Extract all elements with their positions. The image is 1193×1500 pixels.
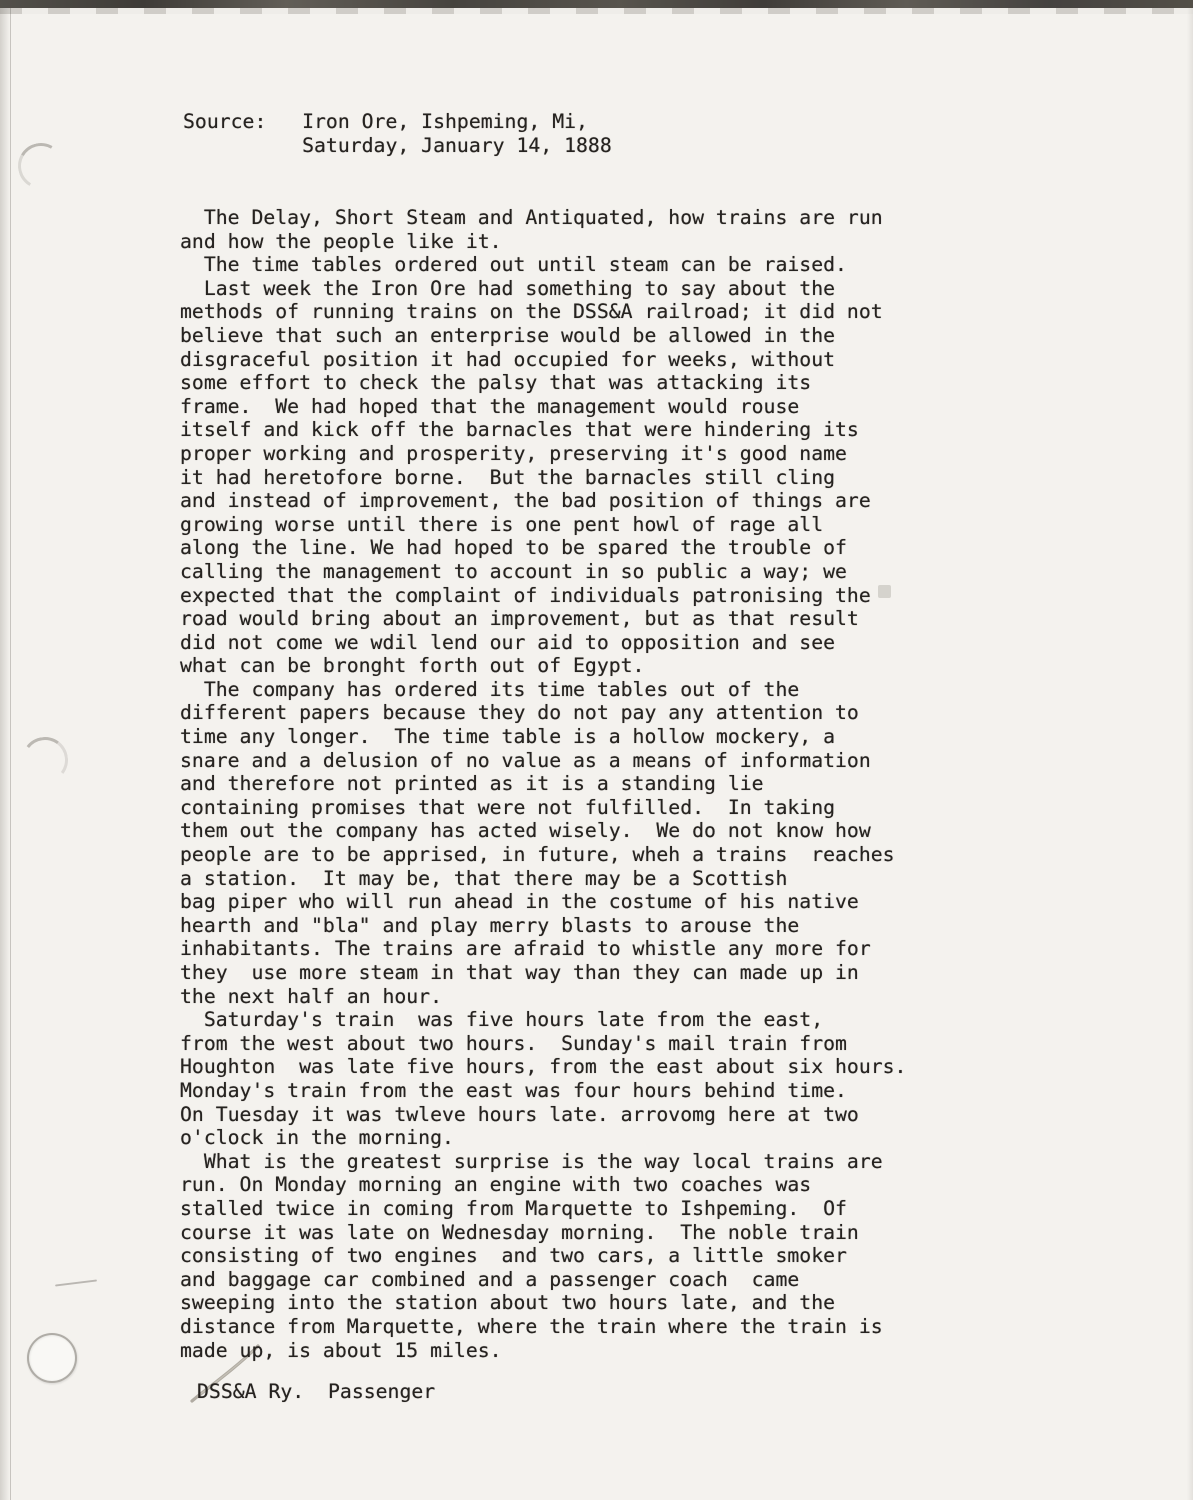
scan-right-edge-shadow <box>1187 8 1193 1500</box>
source-citation: Source: Iron Ore, Ishpeming, Mi, Saturda… <box>183 110 612 157</box>
pencil-dash-mark <box>55 1279 97 1286</box>
scan-edge-band <box>0 0 1193 8</box>
scan-left-edge-shadow <box>0 8 11 1500</box>
category-caption: DSS&A Ry. Passenger <box>197 1380 435 1404</box>
article-body-text: The Delay, Short Steam and Antiquated, h… <box>180 206 906 1362</box>
hole-punch-mark-top <box>13 138 69 194</box>
hole-punch-mark-bottom <box>27 1333 77 1383</box>
scan-edge-streaks <box>0 8 1193 14</box>
scanned-document-page: Source: Iron Ore, Ishpeming, Mi, Saturda… <box>0 0 1193 1500</box>
hole-punch-mark-middle <box>19 734 71 786</box>
